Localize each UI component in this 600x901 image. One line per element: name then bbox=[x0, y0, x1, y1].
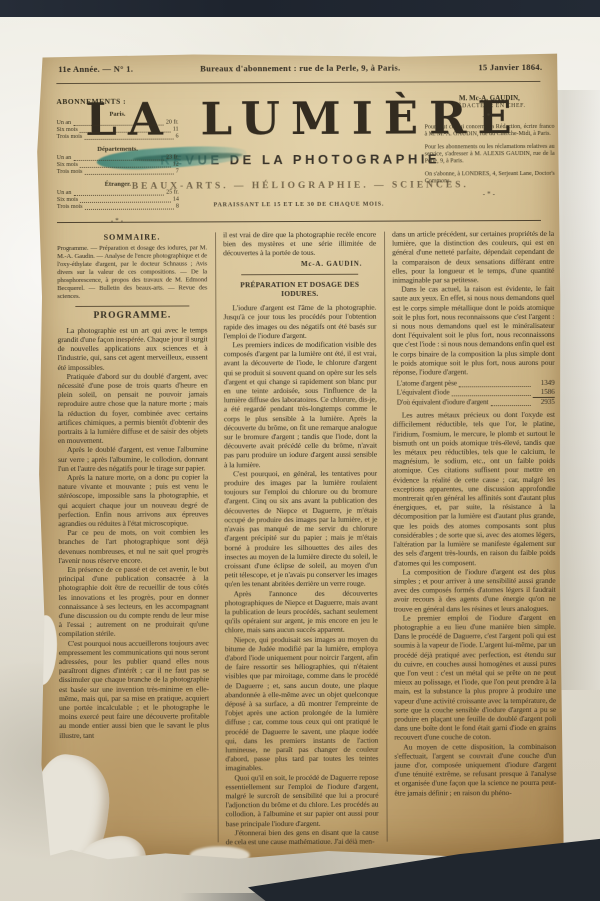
row-value: 8 bbox=[176, 204, 179, 211]
editor-note: On s'abonne, à LONDRES, 4, Serjeant Lane… bbox=[425, 171, 555, 186]
subscription-region: Départements. bbox=[57, 146, 179, 154]
editor-role: RÉDACTEUR EN CHEF. bbox=[424, 103, 554, 111]
column-divider bbox=[215, 232, 219, 842]
body-paragraph: J'étonnerai bien des gens en disant que … bbox=[226, 827, 379, 844]
newspaper-page: 11e Année. — N° 1. Bureaux d'abonnement … bbox=[36, 53, 564, 861]
body-paragraph: Après la nature morte, on a donc pu copi… bbox=[58, 472, 208, 528]
editor-box: M. Mc-A. GAUDIN, RÉDACTEUR EN CHEF. -*- … bbox=[424, 95, 554, 199]
row-label: Un an bbox=[57, 120, 72, 127]
leader-row: D'où équivalent d'iodure d'argent2935 bbox=[397, 397, 555, 408]
column-divider bbox=[384, 232, 388, 842]
atomic-weight-table: L'atome d'argent pèse1349L'équivalent d'… bbox=[397, 379, 555, 408]
ornament: -*- bbox=[425, 191, 555, 199]
body-paragraph: Niepce, qui produisait ses images au moy… bbox=[225, 634, 379, 773]
article-heading: PRÉPARATION ET DOSAGE DES IODURES. bbox=[225, 279, 374, 298]
row-value: 20 fr. bbox=[166, 120, 179, 127]
row-value: 1586 bbox=[533, 388, 555, 397]
row-value: 25 fr. bbox=[166, 190, 179, 197]
row-label: L'atome d'argent pèse bbox=[397, 380, 457, 389]
subscriptions-heading: ABONNEMENTS : bbox=[56, 97, 178, 107]
leader-row: Trois mois7 bbox=[57, 169, 179, 177]
section-rule bbox=[241, 274, 358, 276]
row-value: 1349 bbox=[533, 379, 555, 388]
lead-paragraph: il est vrai de dire que la photographie … bbox=[223, 230, 376, 258]
photo-of-newspaper: { "colors":{"fabric":"#e7e3d8","dark_edg… bbox=[0, 0, 600, 901]
body-paragraph: Quoi qu'il en soit, le procédé de Daguer… bbox=[225, 772, 378, 828]
row-label: L'équivalent d'iode bbox=[397, 389, 450, 398]
subscription-region: Étranger. bbox=[57, 181, 179, 189]
body-paragraph: Pratiquée d'abord sur du doublé d'argent… bbox=[58, 371, 208, 445]
bureau-address: Bureaux d'abonnement : rue de la Perle, … bbox=[58, 62, 542, 74]
leader-row: Trois mois6 bbox=[57, 134, 179, 142]
editor-note: Pour les abonnements ou les réclamations… bbox=[425, 144, 555, 166]
column-2: il est vrai de dire que la photographie … bbox=[223, 230, 379, 845]
subscriptions-box: ABONNEMENTS : Paris.Un an20 fr.Six mois1… bbox=[56, 97, 179, 226]
sommaire-text: Programme. — Préparation et dosage des i… bbox=[57, 245, 207, 301]
programme-paragraphs: La photographie est un art qui avec le t… bbox=[57, 325, 209, 740]
row-label: Trois mois bbox=[57, 204, 83, 211]
row-value: 11 bbox=[173, 127, 179, 134]
row-label: D'où équivalent d'iodure d'argent bbox=[397, 398, 489, 407]
dotted-leader bbox=[85, 209, 174, 210]
body-paragraph: Par ce peu de mots, on voit combien les … bbox=[58, 528, 208, 565]
body-paragraph: Après l'annonce des découvertes photogra… bbox=[225, 588, 378, 635]
header-rule bbox=[56, 81, 540, 84]
body-columns: SOMMAIRE. Programme. — Préparation et do… bbox=[57, 229, 558, 845]
dotted-leader bbox=[84, 139, 173, 140]
section-rule bbox=[75, 305, 189, 306]
sommaire-heading: SOMMAIRE. bbox=[57, 232, 207, 242]
body-paragraph: Le premier emploi de l'iodure d'argent e… bbox=[394, 613, 557, 743]
row-label: Trois mois bbox=[57, 134, 83, 141]
dotted-leader bbox=[84, 174, 173, 175]
editor-note: Pour tout ce qui concerne la Rédaction, … bbox=[425, 124, 555, 139]
dark-table-edge-bottom bbox=[0, 893, 600, 901]
row-label: Un an bbox=[57, 190, 72, 197]
leader-row: Trois mois8 bbox=[57, 204, 179, 212]
body-paragraph: C'est pourquoi, en général, les tentativ… bbox=[224, 469, 378, 589]
article-paragraphs: L'iodure d'argent est l'âme de la photog… bbox=[223, 303, 378, 844]
row-value: 7 bbox=[176, 169, 179, 176]
column3-paragraphs: Les autres métaux précieux ou dont l'oxy… bbox=[393, 410, 557, 797]
body-paragraph: La composition de l'iodure d'argent est … bbox=[393, 567, 555, 614]
body-paragraph: dans un article précédent, sur certaines… bbox=[392, 229, 554, 285]
row-value: 12 bbox=[173, 162, 179, 169]
row-value: 23 fr. bbox=[166, 155, 179, 162]
row-value: 2935 bbox=[533, 397, 555, 407]
column3-paragraphs: dans un article précédent, sur certaines… bbox=[392, 229, 555, 377]
subscription-section: Paris.Un an20 fr.Six mois11Trois mois6 bbox=[56, 111, 178, 142]
body-paragraph: C'est pourquoi nous accueillerons toujou… bbox=[59, 638, 209, 740]
row-value: 6 bbox=[176, 134, 179, 141]
subscription-section: Départements.Un an23 fr.Six mois12Trois … bbox=[57, 146, 179, 177]
row-value: 14 bbox=[173, 197, 179, 204]
body-paragraph: En présence de ce passé et de cet avenir… bbox=[58, 564, 208, 638]
column-3: dans un article précédent, sur certaines… bbox=[392, 229, 557, 844]
programme-heading: PROGRAMME. bbox=[57, 311, 207, 321]
editor-notes: Pour tout ce qui concerne la Rédaction, … bbox=[425, 124, 555, 186]
body-paragraph: Les premiers indices de modification vis… bbox=[223, 340, 377, 470]
body-paragraph: Dans le cas actuel, la raison est éviden… bbox=[392, 284, 554, 377]
body-paragraph: La photographie est un art qui avec le t… bbox=[57, 325, 207, 372]
issue-date: 15 Janvier 1864. bbox=[478, 62, 542, 72]
dark-table-edge-top bbox=[0, 0, 600, 17]
ornament: -*- bbox=[425, 113, 555, 121]
body-paragraph: L'iodure d'argent est l'âme de la photog… bbox=[223, 303, 376, 340]
body-paragraph: Au moyen de cette disposition, la combin… bbox=[394, 741, 556, 797]
body-paragraph: Après le doublé d'argent, est venue l'al… bbox=[58, 445, 208, 473]
subscription-section: Étranger.Un an25 fr.Six mois14Trois mois… bbox=[57, 181, 179, 212]
body-paragraph: Les autres métaux précieux ou dont l'oxy… bbox=[393, 410, 556, 567]
dotted-leader bbox=[490, 405, 530, 406]
subscriptions-sections: Paris.Un an20 fr.Six mois11Trois mois6Dé… bbox=[56, 111, 178, 212]
page-header-row: 11e Année. — N° 1. Bureaux d'abonnement … bbox=[58, 60, 542, 78]
author-signature: Mc-A. GAUDIN. bbox=[223, 259, 376, 269]
editor-name: M. Mc-A. GAUDIN, bbox=[424, 95, 554, 103]
row-label: Un an bbox=[57, 155, 72, 162]
column-1: SOMMAIRE. Programme. — Préparation et do… bbox=[57, 230, 210, 845]
subscription-region: Paris. bbox=[56, 111, 178, 119]
row-label: Trois mois bbox=[57, 169, 83, 176]
